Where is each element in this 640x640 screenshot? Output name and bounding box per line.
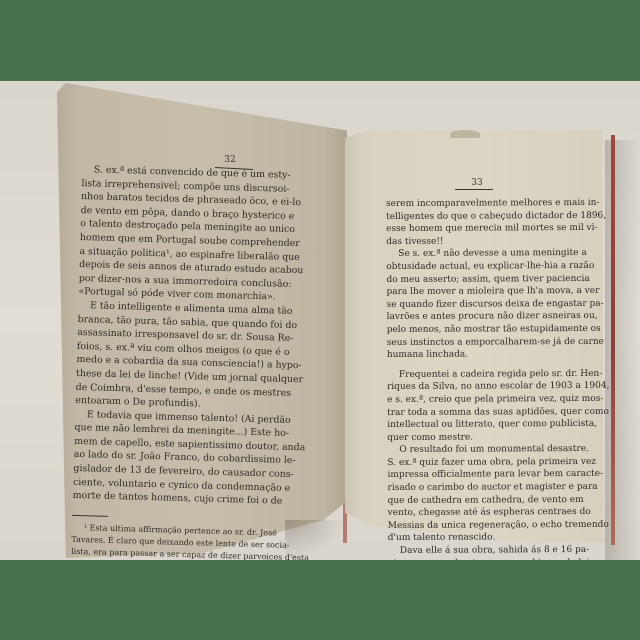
text-line: das tivesse!! [386,235,612,249]
text-line: Se s. ex.ª não devesse a uma meningite a [386,247,612,261]
text-line: obtusidade actual, eu explicar-lhe-hia a… [386,260,612,274]
text-line: d'um talento renascido. [388,531,614,545]
footnote-rule [72,515,108,517]
text-line: O resultado foi um monumental desastre. [387,443,613,457]
text-line: telligentes do que o cabeçudo dictador d… [386,209,612,223]
left-page-body: S. ex.ª está convencido de que é um esty… [71,163,342,577]
text-line: Dava elle á sua obra, sahida ás 8 e 16 p… [388,544,614,558]
text-line: pelo menos, não mostrar tão estupidament… [387,323,613,337]
text-line: vento, chegasse até ás espheras centraes… [388,506,614,520]
text-line: e s. ex.ª, creio que pela primeira vez, … [387,393,613,407]
text-line: risado o carimbo do auctor et magister e… [387,481,613,495]
text-line: serem incomparavelmente melhores e mais … [386,197,612,211]
text-line: impressa officialmente para levar bem ca… [387,468,613,482]
text-line: lavrões e antes procura não dizer asneir… [387,310,613,324]
left-page-number: 32 [215,155,245,165]
text-line: esse homem que merecia mil mortes se mil… [386,222,612,236]
text-line: seus instinctos a emporcalharem-se já de… [387,335,613,349]
text-line: que de cathedra em cathedra, de vento em [388,493,614,507]
text-line: para lhe mover a mioleira que lh'a mova,… [386,285,612,299]
right-page-body: serem incomparavelmente melhores e mais … [386,197,614,583]
text-line: Frequentei a cadeira regida pelo sr. dr.… [387,368,613,382]
right-page-number-rule [455,189,493,190]
text-line: do meu asserto; assim, quem tiver pacien… [386,272,612,286]
text-line: riques da Silva, no anno escolar de 1903… [387,380,613,394]
page-tear [450,130,480,138]
text-line: humana linchada. [387,348,613,362]
text-line: trar toda a somma das suas aptidões, que… [387,405,613,419]
text-line: quer como mestre. [387,431,613,445]
top-green-band [0,0,640,81]
text-line: Messias da unica regeneração, o echo tre… [388,519,614,533]
bottom-green-band [0,560,640,640]
text-line: S. ex.ª quiz fazer uma obra, pela primei… [387,456,613,470]
text-line: se quando fizer discursos deixa de engas… [387,298,613,312]
text-line: intellectual ou litterato, quer como pub… [387,418,613,432]
right-page-number: 33 [462,178,492,188]
